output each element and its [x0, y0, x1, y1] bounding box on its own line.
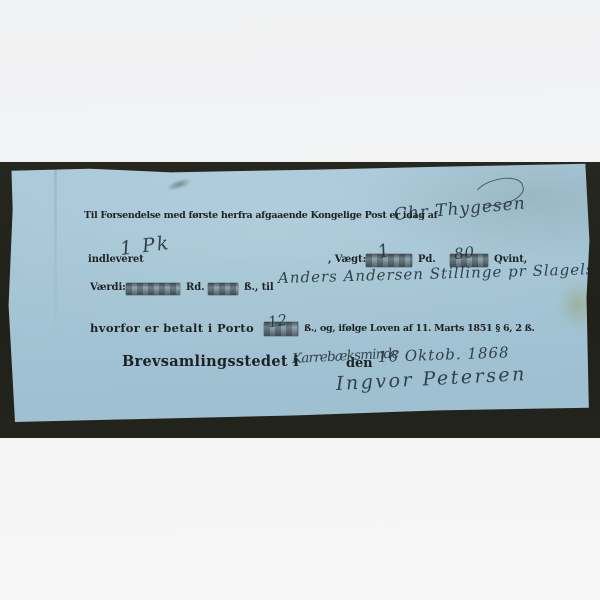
value-skilling-fill-block — [208, 283, 238, 295]
handwritten-quantity: 1 Pk — [119, 232, 172, 260]
printed-value-label: Værdi: — [90, 282, 126, 293]
handwritten-porto-value: 12 — [267, 311, 289, 332]
printed-pound-unit: Pd. — [418, 254, 436, 265]
value-rigsdaler-fill-block — [126, 283, 180, 295]
paper-crease — [54, 163, 57, 422]
printed-porto-label: hvorfor er betalt i Porto — [90, 321, 254, 335]
handwritten-recipient-address: Anders Andersen Stillinge pr Slagelse — [278, 260, 600, 287]
photo-of-postal-receipt: Til Forsendelse med første herfra afgaae… — [0, 0, 600, 600]
handwritten-sender-name: Chr Thygesen — [393, 194, 526, 225]
paper-smudge-stain — [165, 176, 193, 193]
printed-law-reference: ß., og, ifølge Loven af 11. Marts 1851 §… — [304, 323, 535, 334]
printed-skilling-til-label: ß., til — [244, 282, 274, 293]
receipt-paper: Til Forsendelse med første herfra afgaae… — [8, 163, 590, 422]
printed-weight-label: , Vægt: — [328, 254, 366, 265]
handwritten-date: 16 Oktob. 1868 — [378, 343, 510, 366]
printed-rigsdaler-unit: Rd. — [186, 282, 204, 293]
printed-brevsamlingssted-label: Brevsamlingsstedet i — [122, 353, 299, 370]
handwritten-qvint-value: 80 — [453, 243, 476, 263]
printed-heading-line: Til Forsendelse med første herfra afgaae… — [84, 210, 437, 221]
